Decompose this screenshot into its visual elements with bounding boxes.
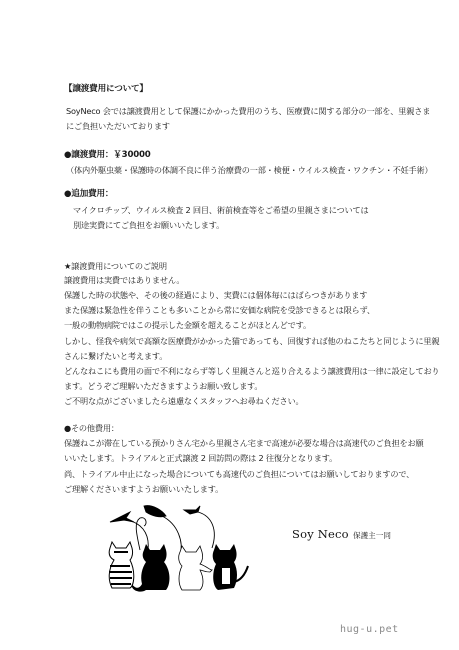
explanation-line: 一般の動物病院ではこの提示した金額を超えることがほとんどです。 — [64, 320, 311, 331]
other-line: 保護ねこが滞在している預かりさん宅から里親さん宅まで高速が必要な場合は高速代のご… — [64, 438, 423, 449]
cat-black-icon — [132, 544, 170, 592]
fee-label: ●譲渡費用：￥30000 — [64, 150, 151, 161]
other-label: ●その他費用： — [64, 423, 119, 434]
other-line: いいたします。トライアルと正式譲渡 2 回訪問の際は 2 往復分となります。 — [64, 453, 337, 464]
cat-white-icon — [179, 546, 212, 590]
cat-striped-icon — [109, 542, 134, 588]
explanation-line: 譲渡費用は実費ではありません。 — [64, 275, 184, 286]
explanation-line: さんに繋げたいと考えます。 — [64, 351, 167, 362]
explanation-line: 保護した時の状態や、その後の経過により、実費には個体毎にはばらつきがあります — [64, 290, 367, 301]
additional-line-1: マイクロチップ、ウイルス検査 2 回目、術前検査等をご希望の里親さまについては — [73, 205, 368, 216]
explanation-line: しかし、怪我や病気で高額な医療費がかかった猫であっても、回復すれば他のねこたちと… — [64, 336, 439, 347]
other-line: 尚、トライアル中止になった場合についても高速代のご負担についてはお願いしておりま… — [64, 469, 414, 480]
explanation-line: どんなねこにも費用の面で不利にならず等しく里親さんと巡り合えるよう譲渡費用は一律… — [64, 366, 439, 377]
additional-line-2: 別途実費にてご負担をお願いいたします。 — [73, 220, 224, 231]
cats-illustration — [100, 496, 260, 596]
watermark: hug-u.pet — [340, 624, 399, 635]
additional-label: ●追加費用： — [64, 189, 113, 200]
intro-line-1: SoyNeco 会では譲渡費用として保護にかかった費用のうち、医療費に関する部分… — [66, 106, 430, 117]
explanation-line: ご不明な点がございましたら遠慮なくスタッフへお尋ねください。 — [64, 396, 303, 407]
signature-group: 保護主一同 — [353, 530, 391, 541]
document-title: 【譲渡費用について】 — [64, 84, 148, 95]
soyneco-logo: Soy Neco — [292, 527, 349, 541]
other-line: ご理解くださいますようお願いいたします。 — [64, 484, 223, 495]
fee-detail: （体内外駆虫薬・保護時の体調不良に伴う治療費の一部・検便・ウイルス検査・ワクチン… — [66, 165, 433, 176]
explanation-heading: ★譲渡費用についてのご説明 — [64, 261, 167, 272]
intro-line-2: にご負担いただいております — [66, 121, 170, 132]
explanation-line: また保護は緊急性を伴うことも多いことから常に安価な病院を受診できるとは限らず、 — [64, 305, 375, 316]
explanation-line: ます。どうぞご理解いただきますようお願い致します。 — [64, 381, 262, 392]
